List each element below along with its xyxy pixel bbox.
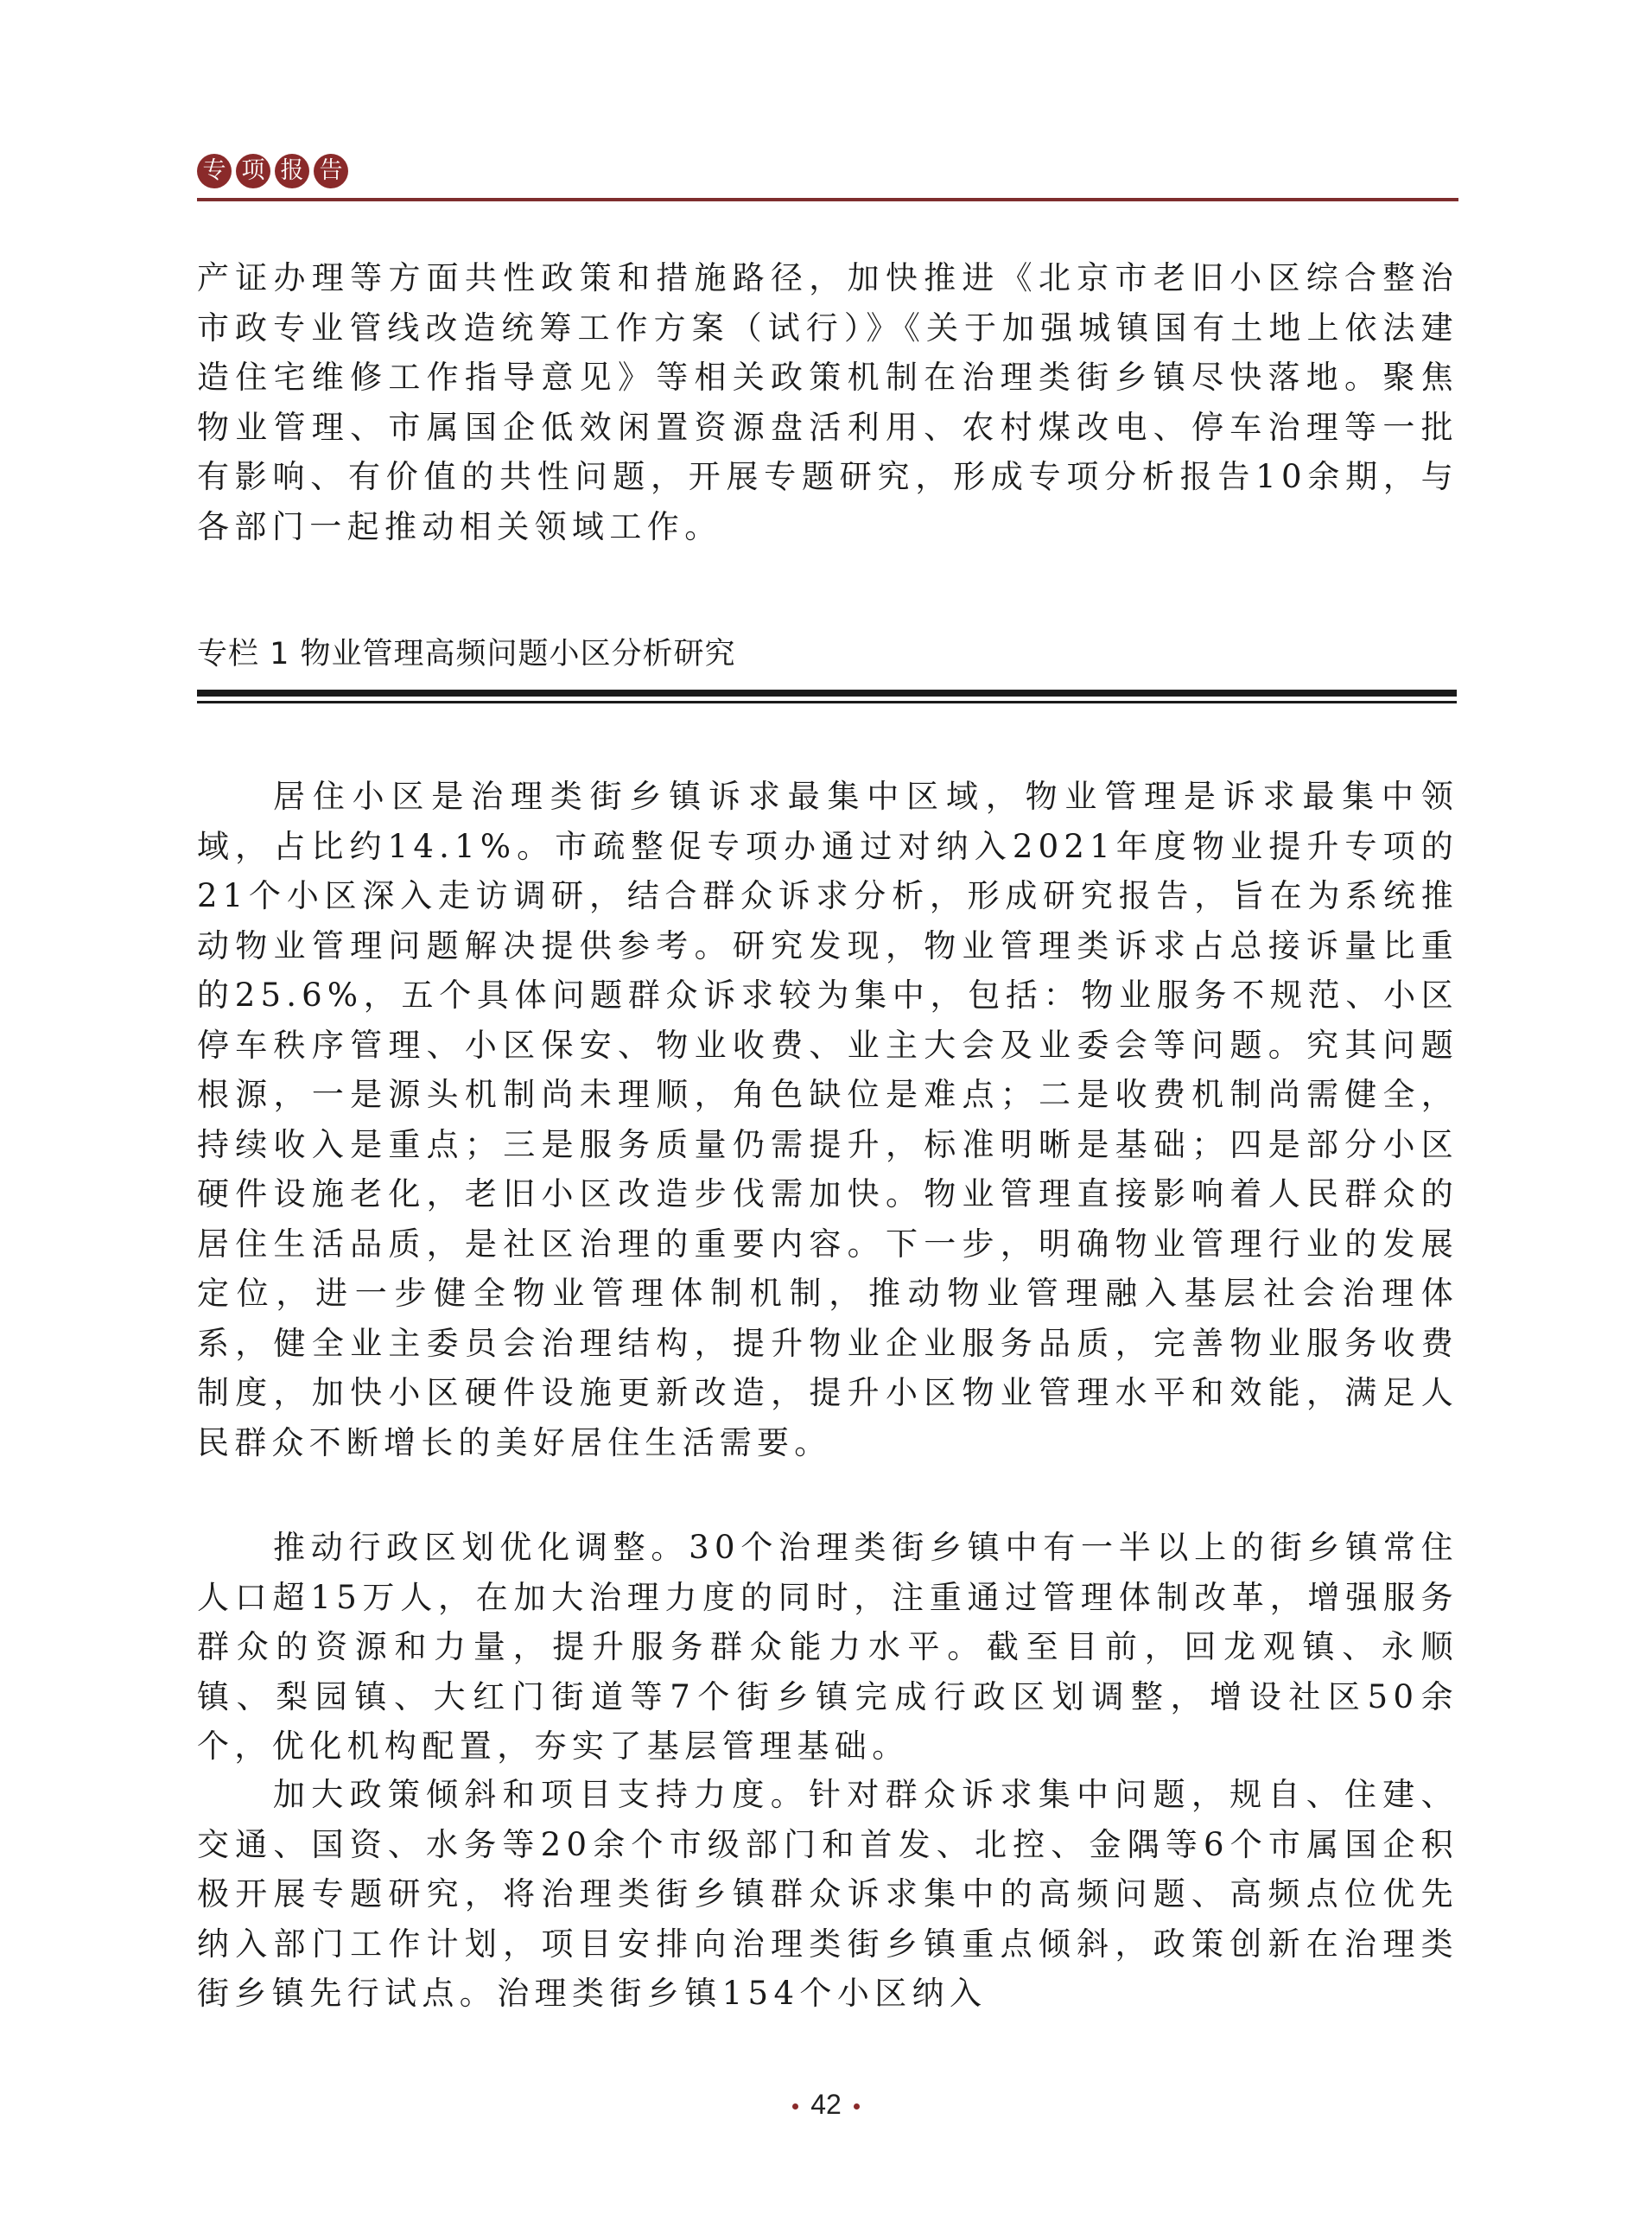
page-number: 42 [810,2089,842,2120]
section-badge-char: 专 [197,154,232,188]
box-title: 专栏 1 物业管理高频问题小区分析研究 [197,633,736,676]
bullet-dot-icon [792,2103,798,2110]
box-divider-thin [197,701,1457,703]
section-badge-char: 项 [236,154,270,188]
box-divider-thick [197,690,1457,697]
box-paragraph: 居住小区是治理类街乡镇诉求最集中区域，物业管理是诉求最集中领域，占比约14.1%… [197,772,1458,1467]
section-badge-char: 告 [314,154,348,188]
section-badge-char: 报 [275,154,309,188]
section-badge: 专 项 报 告 [197,154,1458,188]
bullet-dot-icon [854,2103,860,2110]
page-footer: 42 [0,2087,1652,2122]
header-divider [197,198,1458,201]
page-header: 专 项 报 告 [197,154,1458,202]
body-paragraph-1: 产证办理等方面共性政策和措施路径，加快推进《北京市老旧小区综合整治市政专业管线改… [197,253,1458,551]
body-paragraph-2: 推动行政区划优化调整。30个治理类街乡镇中有一半以上的街乡镇常住人口超15万人，… [197,1523,1458,1772]
body-paragraph-3: 加大政策倾斜和项目支持力度。针对群众诉求集中问题，规自、住建、交通、国资、水务等… [197,1770,1458,2019]
